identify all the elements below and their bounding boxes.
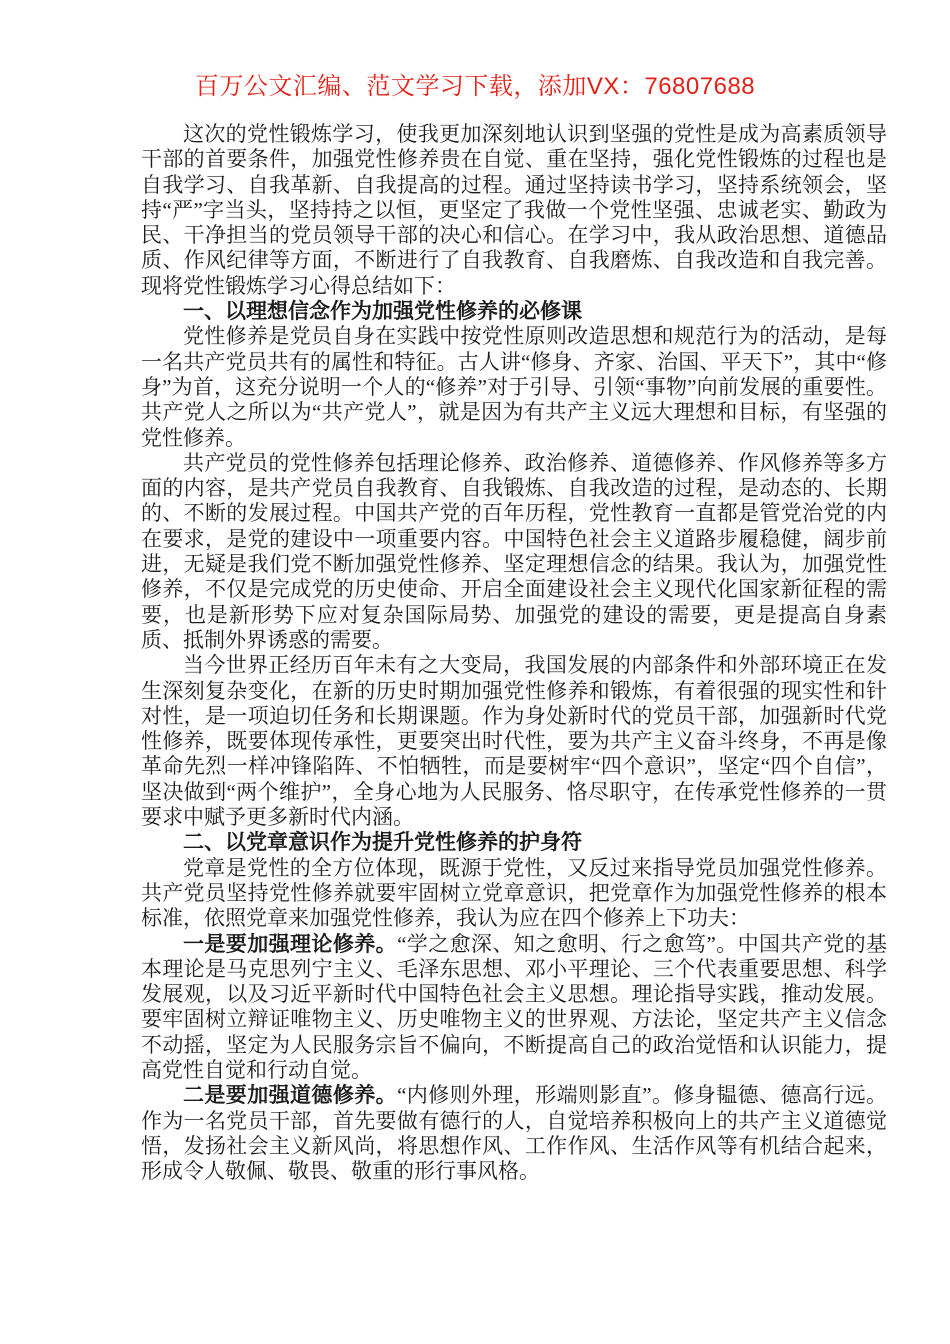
paragraph-2: 党性修养是党员自身在实践中按党性原则改造思想和规范行为的活动，是每一名共产党员共… — [141, 324, 887, 450]
paragraph-6: 一是要加强理论修养。“学之愈深、知之愈明、行之愈笃”。中国共产党的基本理论是马克… — [141, 932, 887, 1084]
paragraph-4: 当今世界正经历百年未有之大变局，我国发展的内部条件和外部环境正在发生深刻复杂变化… — [141, 653, 887, 830]
document-page: 百万公文汇编、范文学习下载，添加VX：76807688 这次的党性锻炼学习，使我… — [0, 0, 950, 1344]
section-heading-1: 一、以理想信念作为加强党性修养的必修课 — [141, 299, 887, 324]
promo-header-text: 百万公文汇编、范文学习下载，添加VX：76807688 — [0, 66, 950, 101]
document-body: 这次的党性锻炼学习，使我更加深刻地认识到坚强的党性是成为高素质领导干部的首要条件… — [141, 122, 887, 1184]
paragraph-3: 共产党员的党性修养包括理论修养、政治修养、道德修养、作风修养等多方面的内容，是共… — [141, 451, 887, 653]
paragraph-intro: 这次的党性锻炼学习，使我更加深刻地认识到坚强的党性是成为高素质领导干部的首要条件… — [141, 122, 887, 299]
paragraph-7-bold-lead: 二是要加强道德修养。 — [183, 1083, 397, 1107]
section-heading-2: 二、以党章意识作为提升党性修养的护身符 — [141, 830, 887, 855]
paragraph-6-bold-lead: 一是要加强理论修养。 — [183, 932, 397, 956]
paragraph-7: 二是要加强道德修养。“内修则外理，形端则影直”。修身韫德、德高行远。作为一名党员… — [141, 1083, 887, 1184]
paragraph-5: 党章是党性的全方位体现，既源于党性，又反过来指导党员加强党性修养。共产党员坚持党… — [141, 856, 887, 932]
